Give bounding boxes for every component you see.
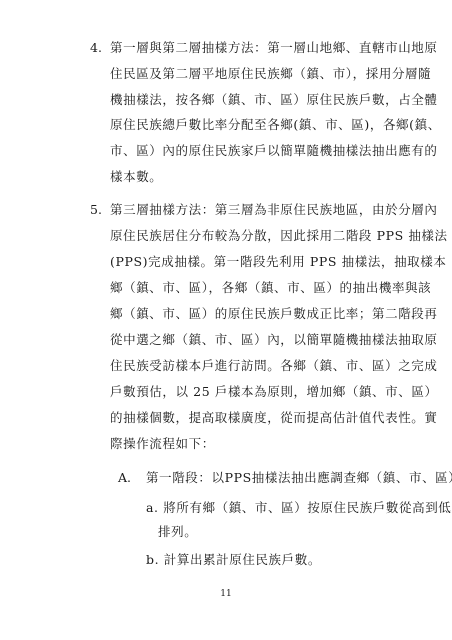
- sub-b-line-1: b. 計算出累計原住民族戶數。: [146, 552, 321, 568]
- sub-a-line-1: a. 將所有鄉（鎮、市、區）按原住民族戶數從高到低: [146, 500, 451, 516]
- item-4-line-4: 原住民族總戶數比率分配至各鄉(鎮、市、區)，各鄉(鎮、: [110, 117, 441, 133]
- item-5-line-2: 原住民族居住分布較為分散，因此採用二階段 PPS 抽樣法: [110, 228, 448, 244]
- item-4-line-2: 住民區及第二層平地原住民族鄉（鎮、市），採用分層隨: [110, 66, 431, 82]
- item-5-line-7: 住民族受訪樣本戶進行訪問。各鄉（鎮、市、區）之完成: [110, 358, 438, 374]
- item-5-number: 5.: [90, 202, 102, 218]
- step-a-label: A.: [118, 470, 131, 486]
- step-a-text: 第一階段：以PPS抽樣法抽出應調查鄉（鎮、市、區）: [146, 470, 452, 486]
- page-number: 11: [0, 589, 452, 599]
- item-5-line-4: 鄉（鎮、市、區），各鄉（鎮、市、區）的抽出機率與該: [110, 280, 431, 296]
- item-5-line-5: 鄉（鎮、市、區）的原住民族戶數成正比率；第二階段再: [110, 306, 438, 322]
- item-4-line-3: 機抽樣法，按各鄉（鎮、市、區）原住民族戶數，占全體: [110, 92, 438, 108]
- item-4-line-1: 第一層與第二層抽樣方法：第一層山地鄉、直轄市山地原: [110, 40, 438, 56]
- item-5-line-3: (PPS)完成抽樣。第一階段先利用 PPS 抽樣法，抽取樣本: [110, 254, 446, 270]
- item-4-number: 4.: [90, 40, 102, 56]
- item-5-line-10: 際操作流程如下：: [110, 436, 215, 452]
- item-5-line-9: 的抽樣個數，提高取樣廣度，從而提高估計值代表性。實: [110, 410, 438, 426]
- document-page: 4. 第一層與第二層抽樣方法：第一層山地鄉、直轄市山地原 住民區及第二層平地原住…: [0, 0, 452, 640]
- item-5-line-8: 戶數預估，以 25 戶樣本為原則，增加鄉（鎮、市、區）: [110, 384, 438, 400]
- sub-a-line-2: 排列。: [158, 524, 197, 540]
- item-4-line-5: 市、區）內的原住民族家戶以簡單隨機抽樣法抽出應有的: [110, 143, 438, 159]
- item-5-line-6: 從中選之鄉（鎮、市、區）內，以簡單隨機抽樣法抽取原: [110, 332, 438, 348]
- item-5-line-1: 第三層抽樣方法：第三層為非原住民族地區，由於分層內: [110, 202, 438, 218]
- item-4-line-6: 樣本數。: [110, 169, 162, 185]
